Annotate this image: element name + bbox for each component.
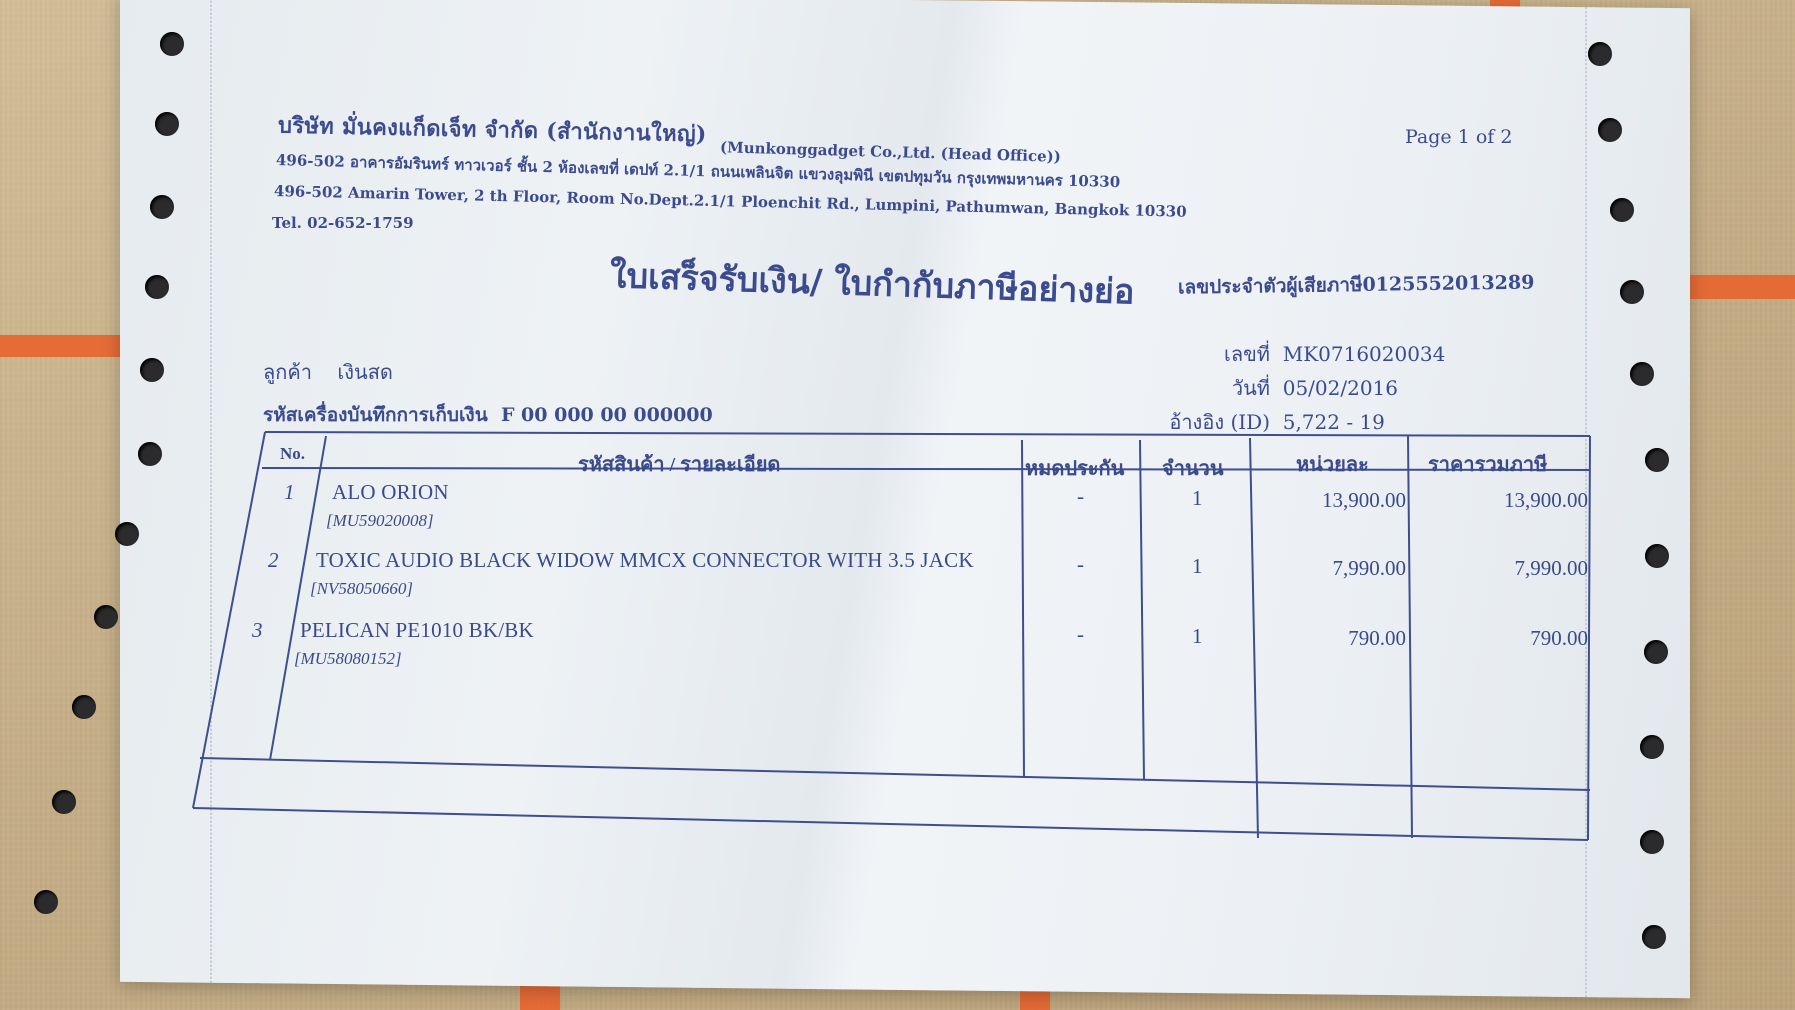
- item-warranty: -: [1077, 622, 1084, 647]
- item-warranty: -: [1077, 484, 1084, 509]
- item-code: [MU58080152]: [294, 649, 402, 669]
- item-total: 13,900.00: [1430, 488, 1588, 513]
- col-header-unit-price: หน่วยละ: [1296, 448, 1369, 480]
- col-header-qty: จำนวน: [1162, 452, 1224, 484]
- item-warranty: -: [1077, 552, 1084, 577]
- item-code: [NV58050660]: [310, 579, 413, 599]
- col-header-no: No.: [280, 444, 305, 464]
- item-unit-price: 7,990.00: [1270, 556, 1406, 581]
- col-header-warranty: หมดประกัน: [1025, 452, 1124, 484]
- col-header-description: รหัสสินค้า / รายละเอียด: [578, 448, 780, 480]
- item-unit-price: 13,900.00: [1270, 488, 1406, 513]
- item-qty: 1: [1192, 486, 1203, 511]
- item-total: 7,990.00: [1430, 556, 1588, 581]
- item-name: TOXIC AUDIO BLACK WIDOW MMCX CONNECTOR W…: [316, 548, 974, 573]
- row-number: 2: [268, 548, 279, 573]
- item-name: PELICAN PE1010 BK/BK: [300, 618, 534, 643]
- item-qty: 1: [1192, 624, 1203, 649]
- item-name: ALO ORION: [332, 480, 449, 505]
- col-header-total: ราคารวมภาษี: [1428, 448, 1547, 480]
- row-number: 3: [252, 618, 263, 643]
- item-unit-price: 790.00: [1270, 626, 1406, 651]
- item-code: [MU59020008]: [326, 511, 434, 531]
- item-total: 790.00: [1430, 626, 1588, 651]
- row-number: 1: [284, 480, 295, 505]
- item-qty: 1: [1192, 554, 1203, 579]
